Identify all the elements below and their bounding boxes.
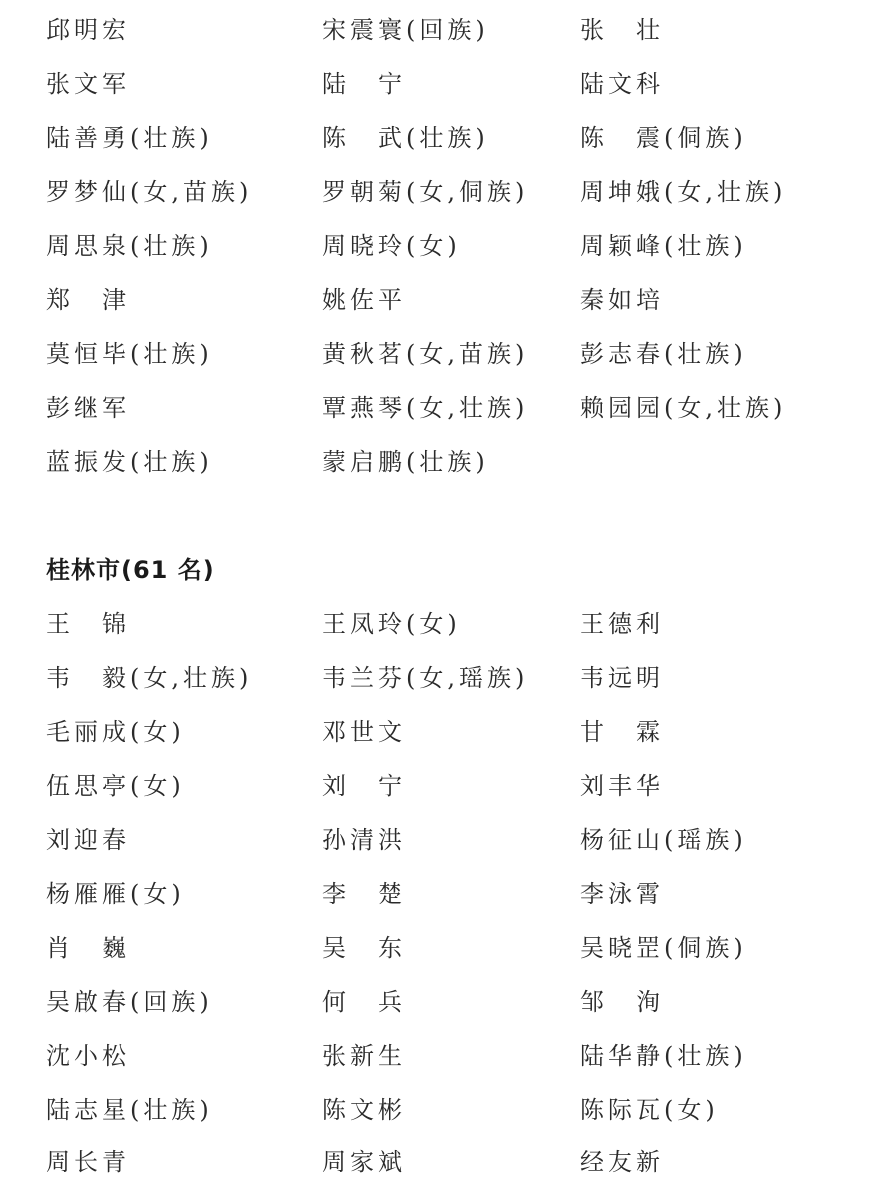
name-row: 刘迎春 孙清洪 杨征山(瑶族) [0, 820, 872, 860]
name-entry: 陈文彬 [322, 1090, 406, 1130]
name-row: 周思泉(壮族) 周晓玲(女) 周颖峰(壮族) [0, 226, 872, 266]
name-entry: 吴晓罡(侗族) [580, 928, 747, 968]
name-entry: 周坤娥(女,壮族) [580, 172, 786, 212]
name-row: 张文军 陆 宁 陆文科 [0, 64, 872, 104]
name-entry: 周长青 [46, 1142, 130, 1178]
name-entry: 张文军 [46, 64, 130, 104]
name-entry: 罗梦仙(女,苗族) [46, 172, 252, 212]
name-entry: 陆文科 [580, 64, 664, 104]
name-entry: 杨雁雁(女) [46, 874, 185, 914]
name-entry: 陈 震(侗族) [580, 118, 747, 158]
name-entry: 王 锦 [46, 604, 130, 644]
name-entry: 蓝振发(壮族) [46, 442, 213, 482]
name-entry: 彭继军 [46, 388, 130, 428]
name-entry: 陆华静(壮族) [580, 1036, 747, 1076]
name-entry: 张 壮 [580, 10, 664, 50]
name-entry: 伍思亭(女) [46, 766, 185, 806]
name-entry: 周晓玲(女) [322, 226, 461, 266]
name-entry: 肖 巍 [46, 928, 130, 968]
name-row: 吴啟春(回族) 何 兵 邹 洵 [0, 982, 872, 1022]
name-entry: 韦兰芬(女,瑶族) [322, 658, 528, 698]
name-entry: 刘 宁 [322, 766, 406, 806]
name-row: 陆善勇(壮族) 陈 武(壮族) 陈 震(侗族) [0, 118, 872, 158]
name-row: 韦 毅(女,壮族) 韦兰芬(女,瑶族) 韦远明 [0, 658, 872, 698]
name-entry: 陆 宁 [322, 64, 406, 104]
name-entry: 刘迎春 [46, 820, 130, 860]
name-entry: 邱明宏 [46, 10, 130, 50]
name-row: 蓝振发(壮族) 蒙启鹏(壮族) [0, 442, 872, 482]
name-entry: 周颖峰(壮族) [580, 226, 747, 266]
name-entry: 孙清洪 [322, 820, 406, 860]
name-entry: 莫恒毕(壮族) [46, 334, 213, 374]
name-row: 王 锦 王凤玲(女) 王德利 [0, 604, 872, 644]
name-entry: 李 楚 [322, 874, 406, 914]
name-entry: 杨征山(瑶族) [580, 820, 747, 860]
name-entry: 郑 津 [46, 280, 130, 320]
name-row: 邱明宏 宋震寰(回族) 张 壮 [0, 10, 872, 50]
name-entry: 韦 毅(女,壮族) [46, 658, 252, 698]
name-entry: 覃燕琴(女,壮族) [322, 388, 528, 428]
name-entry: 陆善勇(壮族) [46, 118, 213, 158]
name-row: 陆志星(壮族) 陈文彬 陈际瓦(女) [0, 1090, 872, 1130]
name-row: 杨雁雁(女) 李 楚 李泳霄 [0, 874, 872, 914]
name-entry: 赖园园(女,壮族) [580, 388, 786, 428]
name-row: 周长青 周家斌 经友新 [0, 1142, 872, 1178]
name-entry: 邓世文 [322, 712, 406, 752]
section-heading-guilin: 桂林市(61 名) [46, 550, 215, 590]
name-entry: 韦远明 [580, 658, 664, 698]
name-row: 沈小松 张新生 陆华静(壮族) [0, 1036, 872, 1076]
name-entry: 黄秋茗(女,苗族) [322, 334, 528, 374]
name-entry: 陈际瓦(女) [580, 1090, 719, 1130]
name-row: 莫恒毕(壮族) 黄秋茗(女,苗族) 彭志春(壮族) [0, 334, 872, 374]
name-entry: 王凤玲(女) [322, 604, 461, 644]
name-entry: 陈 武(壮族) [322, 118, 489, 158]
name-row: 郑 津 姚佐平 秦如培 [0, 280, 872, 320]
name-entry: 秦如培 [580, 280, 664, 320]
name-row: 罗梦仙(女,苗族) 罗朝菊(女,侗族) 周坤娥(女,壮族) [0, 172, 872, 212]
name-row: 毛丽成(女) 邓世文 甘 霖 [0, 712, 872, 752]
name-entry: 经友新 [580, 1142, 664, 1178]
name-entry: 李泳霄 [580, 874, 664, 914]
name-entry: 何 兵 [322, 982, 406, 1022]
name-row: 伍思亭(女) 刘 宁 刘丰华 [0, 766, 872, 806]
name-entry: 周思泉(壮族) [46, 226, 213, 266]
name-entry: 邹 洵 [580, 982, 664, 1022]
name-entry: 毛丽成(女) [46, 712, 185, 752]
name-entry: 姚佐平 [322, 280, 406, 320]
name-entry: 陆志星(壮族) [46, 1090, 213, 1130]
name-entry: 王德利 [580, 604, 664, 644]
name-entry: 吴 东 [322, 928, 406, 968]
name-entry: 罗朝菊(女,侗族) [322, 172, 528, 212]
name-entry: 彭志春(壮族) [580, 334, 747, 374]
name-entry: 周家斌 [322, 1142, 406, 1178]
name-row: 肖 巍 吴 东 吴晓罡(侗族) [0, 928, 872, 968]
name-entry: 宋震寰(回族) [322, 10, 489, 50]
name-entry: 刘丰华 [580, 766, 664, 806]
name-row: 彭继军 覃燕琴(女,壮族) 赖园园(女,壮族) [0, 388, 872, 428]
name-entry: 吴啟春(回族) [46, 982, 213, 1022]
name-entry: 蒙启鹏(壮族) [322, 442, 489, 482]
name-entry: 沈小松 [46, 1036, 130, 1076]
name-entry: 甘 霖 [580, 712, 664, 752]
name-entry: 张新生 [322, 1036, 406, 1076]
